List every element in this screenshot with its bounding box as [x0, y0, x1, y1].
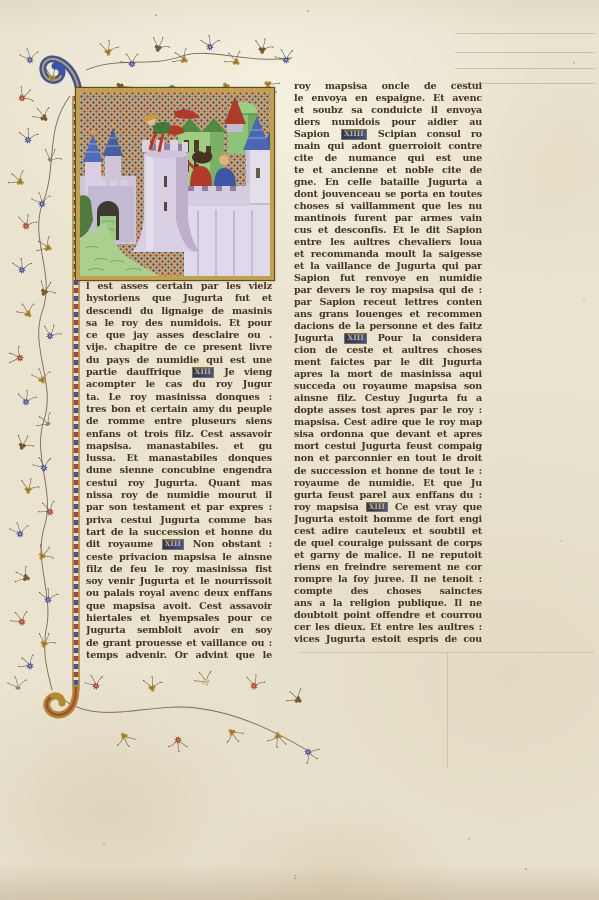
text-line: gurta feust parel aux enffans du :: [294, 490, 482, 502]
parapet: [184, 186, 250, 206]
text-line: royaume de numidie. Et que Ju: [294, 478, 482, 490]
text-line: vices Jugurta estoit espris de cou: [294, 634, 482, 646]
text-line: descendi du lignaige de masinis: [86, 306, 272, 318]
text-line: mort cestui Jugurta feust compaig: [294, 441, 482, 453]
text-line: gne. En celle bataille Jugurta a: [294, 177, 482, 189]
text-line: dune sienne concubine engendra: [86, 465, 272, 477]
text-line: Sapion XIIII Scipian consul ro: [294, 129, 482, 141]
text-line: que mapsisa avoit. Cest assavoir: [86, 601, 272, 613]
text-line: du pays de numidie qui est une: [86, 355, 272, 367]
chapter-numeral: XIII: [162, 539, 184, 550]
text-line: te et ancienne et noble cite de espai: [294, 165, 482, 177]
text-column-left: l est asses certain par les vielzhystori…: [86, 281, 272, 662]
text-line: ce que jay asses desclaire ou .: [86, 330, 272, 342]
text-line: ta. Le roy masinissa donques :: [86, 392, 272, 404]
text-line: l est asses certain par les vielz: [86, 281, 272, 293]
text-line: et garny de malice. Il ne reputoit: [294, 550, 482, 562]
text-line: par son testament et par expres :: [86, 502, 272, 514]
text-line: cer les dieux. Et entre les aultres :: [294, 622, 482, 634]
text-line: ans a la religion publique. Il ne: [294, 598, 482, 610]
ivy-flowers-bottom: [84, 668, 324, 766]
text-line: ceste privacion mapsisa le ainsne: [86, 552, 272, 564]
text-line: de grant prouesse et vaillance ou :: [86, 638, 272, 650]
text-line: temps advenir. Or advint que le: [86, 650, 272, 662]
text-line: Jugurta estoit homme de fort engi: [294, 514, 482, 526]
text-line: cus et desconfis. Et le dit Sapion: [294, 225, 482, 237]
text-line: cion de ceste et aultres choses noble: [294, 345, 482, 357]
text-line: ou palais royal avenc deux enffans: [86, 588, 272, 600]
text-line: enfans ot trois filz. Cest assavoir: [86, 429, 272, 441]
text-line: mapsisa. Cest adire que le roy map: [294, 417, 482, 429]
text-line: succeda ou royaume mapsisa son: [294, 381, 482, 393]
text-line: ment faictes par le dit Jugurta: [294, 357, 482, 369]
text-line: soy venir Jugurta et le nourrissoit: [86, 576, 272, 588]
text-line: ainsne filz. Cestuy Jugurta fu a: [294, 393, 482, 405]
manuscript-page: l est asses certain par les vielzhystori…: [0, 0, 599, 900]
text-line: entre les aultres chevaliers loua: [294, 237, 482, 249]
text-line: et soubz sa conduicte il envoya soul: [294, 105, 482, 117]
text-line: compte des choses sainctes aparten: [294, 586, 482, 598]
text-line: sisa ordonna que devant et apres sa: [294, 429, 482, 441]
miniature-scene: [80, 92, 270, 276]
text-line: et la vaillance de Jugurta qui par: [294, 261, 482, 273]
miniature-frame: [76, 88, 274, 280]
text-line: nissa roy de numidie mourut il: [86, 490, 272, 502]
text-line: Jugurta XIII Pour la considera: [294, 333, 482, 345]
text-line: sa le roy des numidois. Et pour: [86, 318, 272, 330]
text-line: vije. chapitre de ce present livre: [86, 342, 272, 354]
text-line: Sapion fut renvoye en numidie: [294, 273, 482, 285]
text-line: priva cestui Jugurta comme bas: [86, 515, 272, 527]
text-line: choses si vaillamment que les nu: [294, 201, 482, 213]
text-line: dopte asses tost apres par le roy :: [294, 405, 482, 417]
text-line: partie dauffrique XIII Je vieng: [86, 367, 272, 379]
text-line: diers numidois pour aidier au noble: [294, 117, 482, 129]
lower-walls: [184, 204, 270, 276]
text-line: de quel couraige puissant de corps: [294, 538, 482, 550]
text-line: cest adire cauteleux et soubtil et: [294, 526, 482, 538]
text-line: doubtoit point offendre et courrou: [294, 610, 482, 622]
chapter-numeral: XIII: [344, 333, 366, 344]
text-line: dont jouvenceau se porta en toutes: [294, 189, 482, 201]
catchword-mark: :: [293, 873, 297, 881]
text-line: filz de feu le roy masinissa fist avenc: [86, 564, 272, 576]
text-line: de romme entre pluseurs siens: [86, 416, 272, 428]
chapter-numeral: XIIII: [341, 129, 367, 140]
text-line: cestui roy Jugurta. Quant mas: [86, 478, 272, 490]
text-line: hystoriens que Jugurta fut et: [86, 293, 272, 305]
text-line: hiertales et hyempsales pour ce que: [86, 613, 272, 625]
text-line: roy mapsisa oncle de cestui Jugurta :: [294, 81, 482, 93]
chapter-numeral: XIII: [192, 367, 214, 378]
text-line: tart de la succession et honne du: [86, 527, 272, 539]
text-line: dit royaume XIII Non obstant :: [86, 539, 272, 551]
text-line: mapsisa. manastabiles. et gu: [86, 441, 272, 453]
text-line: ans grans louenges et recommen: [294, 309, 482, 321]
text-line: apres la mort de masinissa aqui: [294, 369, 482, 381]
text-line: mantinois furent par armes vain: [294, 213, 482, 225]
text-line: dacions de la personne et des faitz de: [294, 321, 482, 333]
text-line: tres bon et certain amy du peuple: [86, 404, 272, 416]
text-line: main qui adont guerroioit contre ce: [294, 141, 482, 153]
ivy-flowers-left: [4, 48, 65, 689]
text-line: non et parconnier en tout le droit: [294, 453, 482, 465]
text-line: cite de numance qui est une puissan: [294, 153, 482, 165]
text-line: rompre la foy juree. Il ne tenoit :: [294, 574, 482, 586]
text-line: riens en freindre serement ne cor: [294, 562, 482, 574]
bar-bottom-hook: [47, 688, 76, 715]
text-line: lussa. Et manastabiles donques: [86, 453, 272, 465]
text-line: par Sapion receut lettres conten: [294, 297, 482, 309]
text-line: par devers le roy mapsisa qui de :: [294, 285, 482, 297]
text-line: le envoya en espaigne. Et avenc luy: [294, 93, 482, 105]
text-column-right: roy mapsisa oncle de cestui Jugurta :le …: [294, 81, 482, 646]
text-line: acompter le cas du roy Jugur: [86, 379, 272, 391]
text-line: et recommanda moult la saigesse: [294, 249, 482, 261]
text-line: de succession et honne de tout le :: [294, 466, 482, 478]
text-line: roy mapsisa XIII Ce est vray que: [294, 502, 482, 514]
bar-border: [43, 59, 80, 715]
chapter-numeral: XIII: [366, 502, 388, 513]
text-line: Jugurta sembloit avoir en soy signes: [86, 625, 272, 637]
